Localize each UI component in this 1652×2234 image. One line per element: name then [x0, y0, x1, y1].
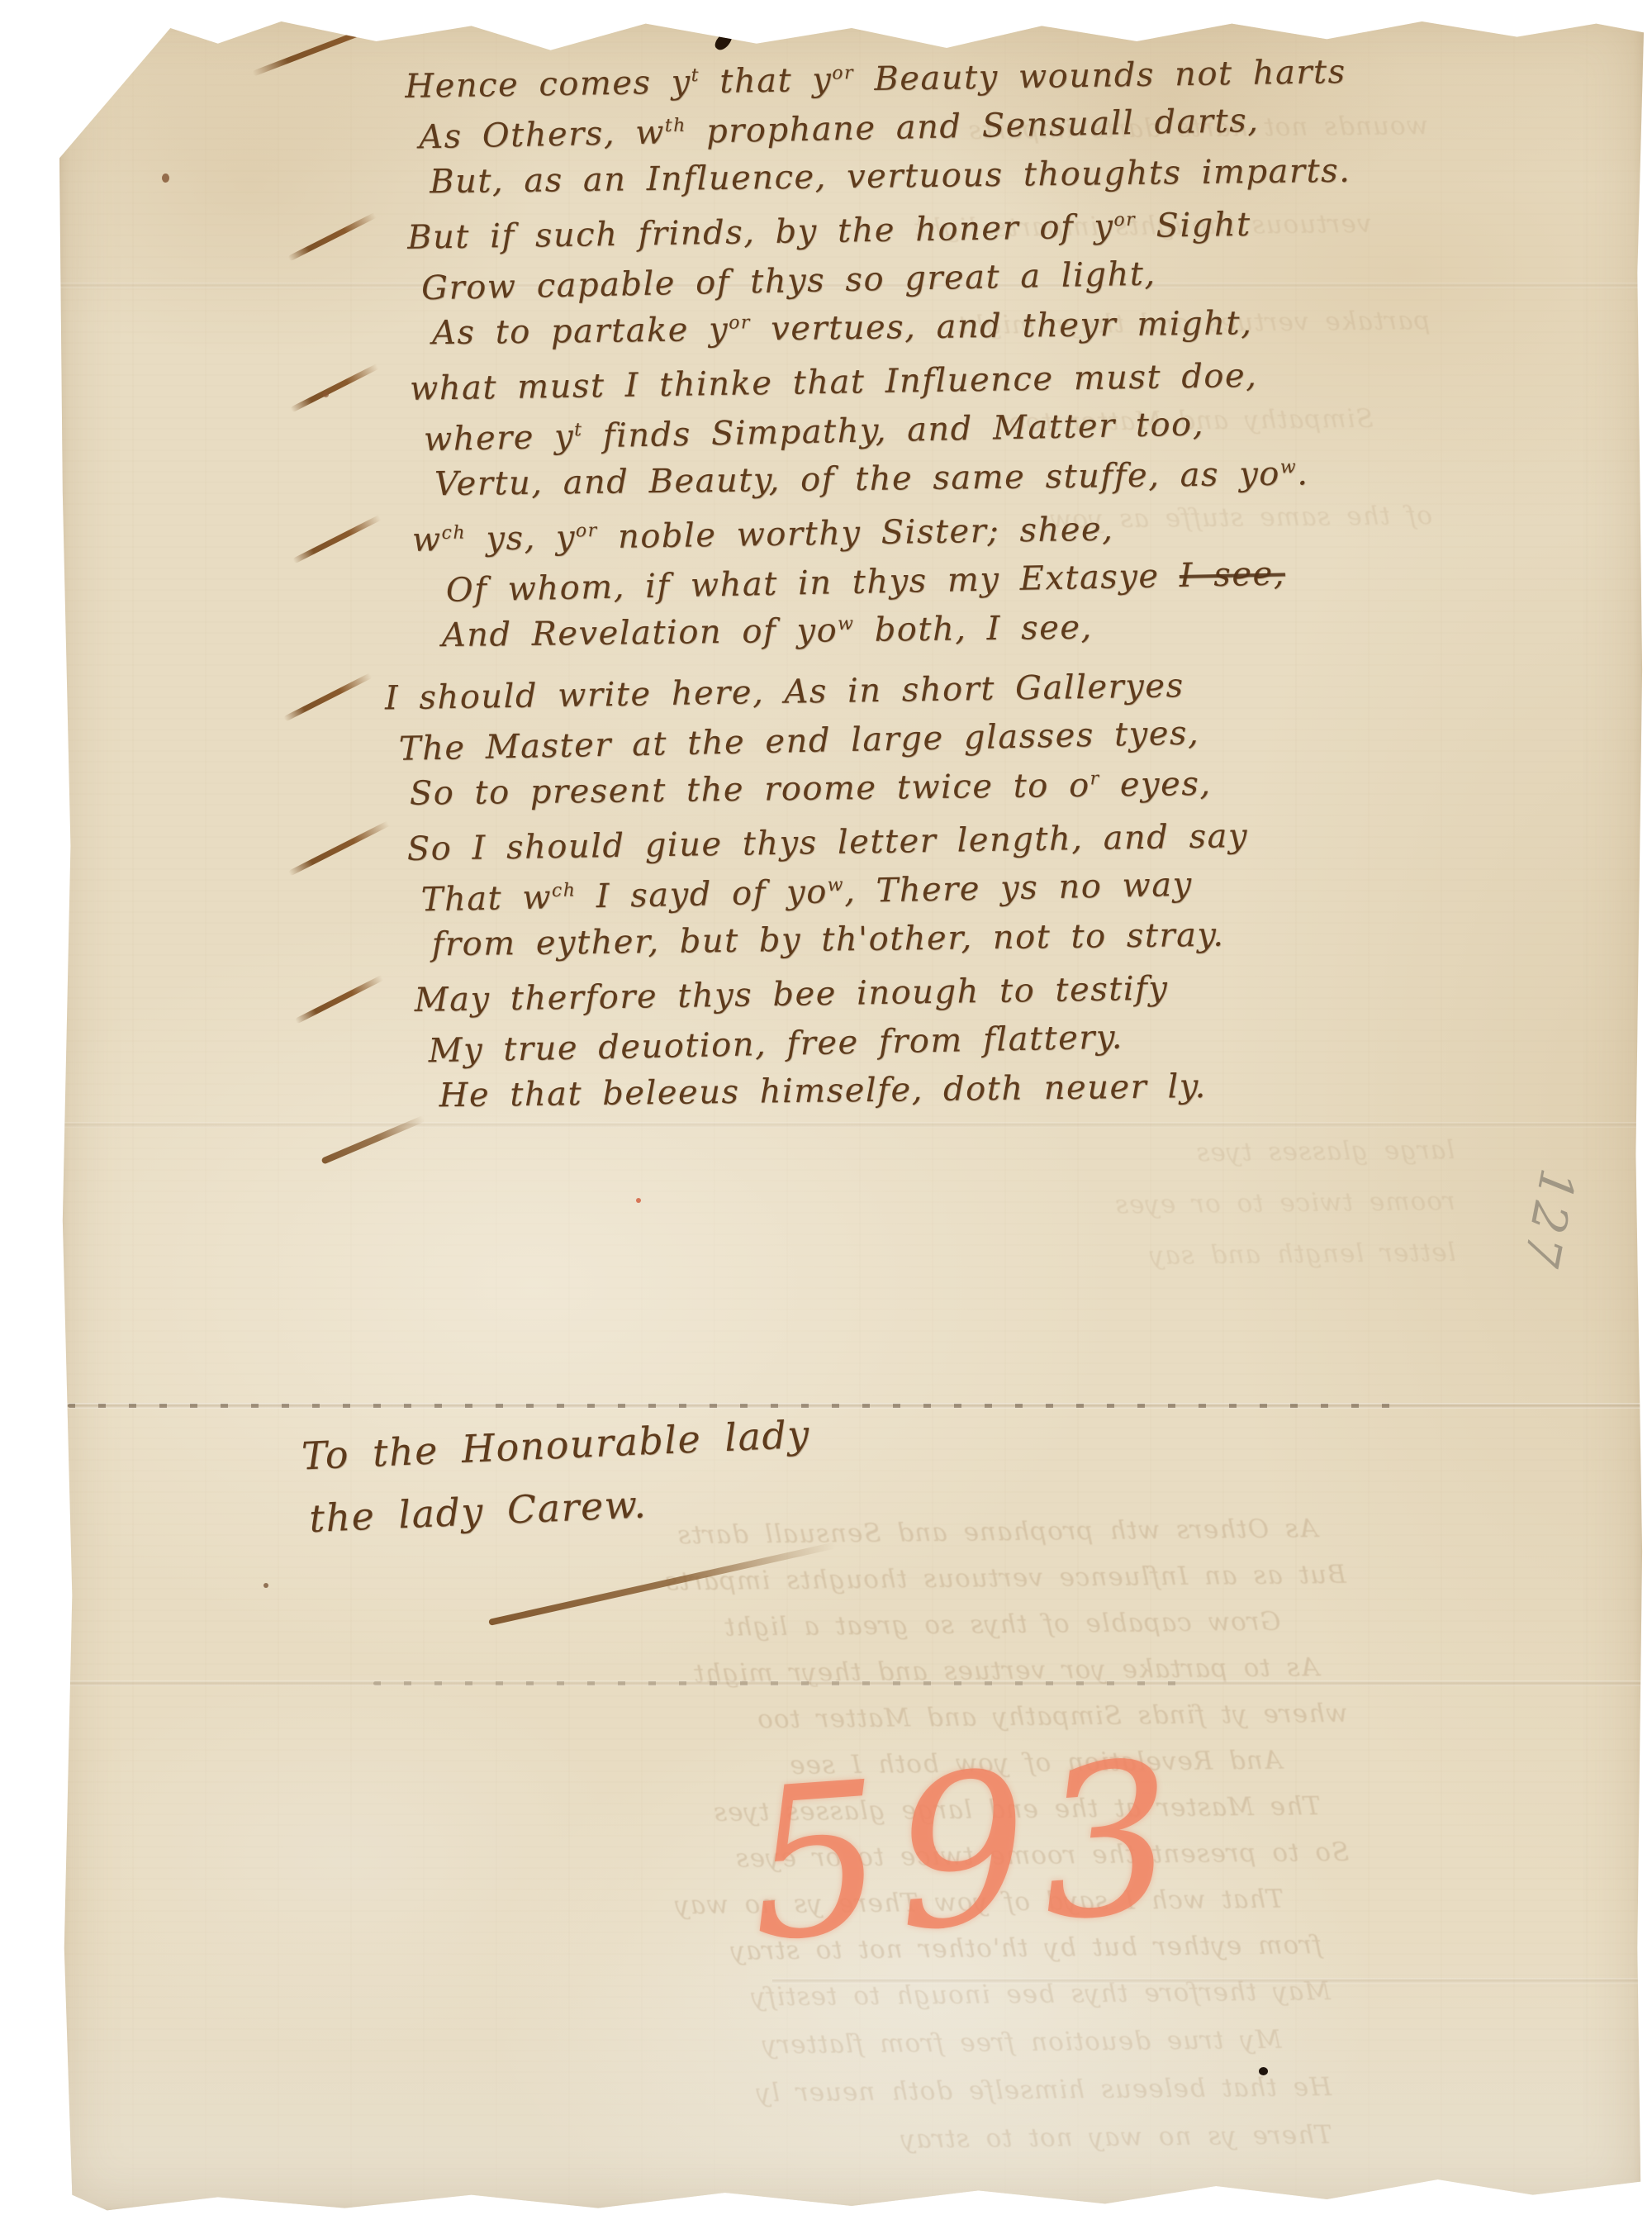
stanza-mark	[290, 362, 382, 412]
pencil-folio-number: 127	[1512, 1164, 1586, 1274]
ink-blot	[713, 28, 736, 53]
stanza: But if such frinds, by the honer of yor …	[407, 202, 1442, 365]
fox-spot	[323, 392, 329, 397]
crease-ink-marks	[68, 1404, 1406, 1408]
showthrough-line: There ys no way not to stray	[407, 2120, 1333, 2178]
crease-ink-marks	[373, 1681, 1183, 1685]
stanza-mark	[252, 11, 412, 77]
stanza: wch ys, yor noble worthy Sister; shee,Of…	[412, 505, 1447, 668]
fox-spot	[162, 173, 169, 183]
red-crayon-shelfmark: 593	[743, 1733, 1194, 1971]
showthrough-bottom: May therfore thys bee inough to testifyM…	[406, 1976, 1332, 2178]
stanza: Hence comes yt that yor Beauty wounds no…	[405, 51, 1440, 214]
stanza: I should write here, As in short Gallery…	[385, 663, 1450, 825]
showthrough-addr: large glasses tyesroome twice to or eyes…	[827, 1135, 1456, 1295]
ink-blot	[1259, 2067, 1268, 2075]
showthrough-line: roome twice to or eyes	[828, 1186, 1456, 1244]
paper-sheet: wounds not harts darts impartsvertuous t…	[59, 8, 1644, 2213]
red-fleck	[636, 1198, 641, 1203]
stanza-mark	[292, 513, 385, 563]
scanned-manuscript-page: wounds not harts darts impartsvertuous t…	[0, 0, 1652, 2234]
poem: Hence comes yt that yor Beauty wounds no…	[405, 51, 1454, 1132]
stanza-mark	[288, 819, 394, 877]
fox-spot	[263, 1583, 268, 1588]
stanza-mark	[295, 973, 387, 1024]
showthrough-line: letter length and say	[828, 1238, 1456, 1295]
showthrough-line: large glasses tyes	[827, 1135, 1455, 1193]
stanza-mark	[287, 211, 380, 261]
address-block: To the Honourable lady the lady Carew.	[301, 1412, 814, 1560]
stanza-mark	[283, 671, 376, 721]
fold-crease	[772, 1978, 1644, 1984]
stanza: So I should giue thys letter length, and…	[406, 814, 1451, 977]
stanza: May therfore thys bee inough to testifyM…	[414, 965, 1454, 1128]
stanza: what must I thinke that Influence must d…	[410, 354, 1445, 516]
